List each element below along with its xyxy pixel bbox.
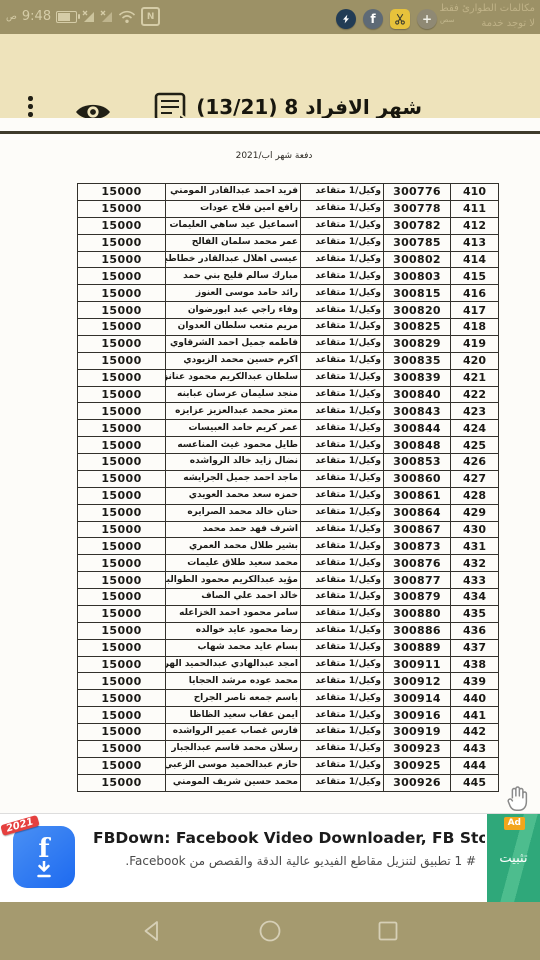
cell-name: عيسى اهلال عبدالقادر خطاطبه: [166, 251, 301, 268]
cell-amount: 15000: [78, 251, 166, 268]
cell-id: 300912: [384, 673, 451, 690]
cell-serial: 444: [451, 757, 499, 774]
cell-id: 300860: [384, 470, 451, 487]
carrier-line-2: لا توجد خدمة: [439, 16, 535, 31]
cell-amount: 15000: [78, 217, 166, 234]
cell-id: 300873: [384, 538, 451, 555]
back-button[interactable]: [140, 919, 164, 943]
cell-amount: 15000: [78, 437, 166, 454]
table-row: 15000طايل محمود غيث المناعسهوكيل/1 متقاع…: [78, 437, 499, 454]
cell-id: 300916: [384, 707, 451, 724]
cell-name: رضا محمود عايد خوالده: [166, 622, 301, 639]
cell-serial: 420: [451, 352, 499, 369]
cell-name: اسماعيل عيد ساهي العليمات: [166, 217, 301, 234]
cell-id: 300782: [384, 217, 451, 234]
cell-rank: وكيل/1 متقاعد: [301, 622, 384, 639]
cell-id: 300880: [384, 605, 451, 622]
messenger-bubble[interactable]: [336, 9, 356, 29]
cell-name: مريم متعب سلطان العدوان: [166, 319, 301, 336]
cell-id: 300923: [384, 740, 451, 757]
screenshot-tool-bubble[interactable]: [390, 9, 410, 29]
table-row: 15000محمد سعيد طلاق عليماتوكيل/1 متقاعد3…: [78, 555, 499, 572]
cell-amount: 15000: [78, 285, 166, 302]
table-row: 15000ماجد احمد جميل الجرايشهوكيل/1 متقاع…: [78, 470, 499, 487]
nfc-icon: N: [141, 7, 160, 26]
cell-amount: 15000: [78, 521, 166, 538]
cell-rank: وكيل/1 متقاعد: [301, 352, 384, 369]
table-row: 15000رضا محمود عايد خوالدهوكيل/1 متقاعد3…: [78, 622, 499, 639]
cell-name: منجد سليمان عرسان عبابنه: [166, 386, 301, 403]
cell-serial: 425: [451, 437, 499, 454]
cell-amount: 15000: [78, 454, 166, 471]
cell-rank: وكيل/1 متقاعد: [301, 200, 384, 217]
page-separator: [0, 131, 540, 134]
table-row: 15000خالد احمد علي الصافوكيل/1 متقاعد300…: [78, 589, 499, 606]
cell-amount: 15000: [78, 403, 166, 420]
cell-serial: 422: [451, 386, 499, 403]
cell-serial: 437: [451, 639, 499, 656]
cell-rank: وكيل/1 متقاعد: [301, 572, 384, 589]
table-row: 15000عيسى اهلال عبدالقادر خطاطبهوكيل/1 م…: [78, 251, 499, 268]
cell-rank: وكيل/1 متقاعد: [301, 504, 384, 521]
cell-name: ايمن عقاب سعيد الظاظا: [166, 707, 301, 724]
table-row: 15000رائد حامد موسى العنوزوكيل/1 متقاعد3…: [78, 285, 499, 302]
cell-rank: وكيل/1 متقاعد: [301, 184, 384, 201]
home-button[interactable]: [258, 919, 282, 943]
page-header-text: دفعة شهر اب/2021: [4, 151, 540, 161]
cell-rank: وكيل/1 متقاعد: [301, 251, 384, 268]
cell-serial: 442: [451, 724, 499, 741]
cell-rank: وكيل/1 متقاعد: [301, 690, 384, 707]
cell-rank: وكيل/1 متقاعد: [301, 386, 384, 403]
cell-rank: وكيل/1 متقاعد: [301, 538, 384, 555]
cell-id: 300840: [384, 386, 451, 403]
cell-name: مؤيد عبدالكريم محمود الطوالبه: [166, 572, 301, 589]
cell-amount: 15000: [78, 724, 166, 741]
ad-banner[interactable]: 2021 f FBDown: Facebook Video Downloader…: [0, 813, 540, 905]
cell-name: باسم جمعه ناصر الجراح: [166, 690, 301, 707]
cell-rank: وكيل/1 متقاعد: [301, 656, 384, 673]
status-bar: ص 9:48 N f: [0, 0, 540, 34]
table-row: 15000بسام عايد محمد شهابوكيل/1 متقاعد300…: [78, 639, 499, 656]
cell-serial: 419: [451, 335, 499, 352]
cell-amount: 15000: [78, 538, 166, 555]
cell-id: 300889: [384, 639, 451, 656]
table-row: 15000رسلان محمد قاسم عبدالجباروكيل/1 متق…: [78, 740, 499, 757]
phone-screen: ص 9:48 N f: [0, 0, 540, 960]
facebook-f-glyph: f: [38, 837, 49, 861]
cell-serial: 438: [451, 656, 499, 673]
cell-id: 300835: [384, 352, 451, 369]
cell-name: فارس غصاب عمير الرواشده: [166, 724, 301, 741]
cell-amount: 15000: [78, 774, 166, 791]
cell-serial: 421: [451, 369, 499, 386]
pdf-page-view[interactable]: دفعة شهر اب/2021 15000فريد احمد عبدالقاد…: [0, 118, 540, 813]
app-toolbar: (13/21) شهر الافراد 8: [0, 34, 540, 118]
cell-amount: 15000: [78, 673, 166, 690]
cell-serial: 413: [451, 234, 499, 251]
ad-badge: Ad: [504, 817, 525, 830]
table-row: 15000حمزه سعد محمد العويديوكيل/1 متقاعد3…: [78, 487, 499, 504]
cell-name: فريد احمد عبدالقادر المومني: [166, 184, 301, 201]
cell-name: عمر محمد سلمان الفالح: [166, 234, 301, 251]
cell-name: سلطان عبدالكريم محمود عنانزه: [166, 369, 301, 386]
cell-id: 300848: [384, 437, 451, 454]
carrier-status: مكالمات الطوارئ فقط لا توجد خدمة: [439, 1, 535, 31]
cell-amount: 15000: [78, 184, 166, 201]
cell-serial: 423: [451, 403, 499, 420]
cell-name: ماجد احمد جميل الجرايشه: [166, 470, 301, 487]
cell-amount: 15000: [78, 352, 166, 369]
cell-rank: وكيل/1 متقاعد: [301, 335, 384, 352]
cell-name: اشرف فهد حمد محمد: [166, 521, 301, 538]
cell-name: محمد حسين شريف المومني: [166, 774, 301, 791]
cell-amount: 15000: [78, 234, 166, 251]
cell-rank: وكيل/1 متقاعد: [301, 724, 384, 741]
cell-id: 300914: [384, 690, 451, 707]
scissors-icon: [393, 12, 407, 26]
cell-serial: 428: [451, 487, 499, 504]
cell-name: حمزه سعد محمد العويدي: [166, 487, 301, 504]
cell-amount: 15000: [78, 707, 166, 724]
table-row: 15000وفاء راجي عبد ابورضوانوكيل/1 متقاعد…: [78, 302, 499, 319]
cell-serial: 411: [451, 200, 499, 217]
cell-amount: 15000: [78, 757, 166, 774]
fbdown-app-icon[interactable]: f: [13, 826, 75, 888]
overflow-menu-icon[interactable]: [28, 96, 33, 117]
cell-id: 300926: [384, 774, 451, 791]
table-row: 15000ايمن عقاب سعيد الظاظاوكيل/1 متقاعد3…: [78, 707, 499, 724]
cell-serial: 418: [451, 319, 499, 336]
cell-id: 300864: [384, 504, 451, 521]
status-left-group: ص 9:48 N: [6, 7, 160, 26]
table-row: 15000عمر كريم حامد العبيساتوكيل/1 متقاعد…: [78, 420, 499, 437]
cell-rank: وكيل/1 متقاعد: [301, 605, 384, 622]
table-row: 15000محمد حسين شريف المومنيوكيل/1 متقاعد…: [78, 774, 499, 791]
cell-amount: 15000: [78, 656, 166, 673]
table-row: 15000حازم عبدالحميد موسى الزعبيوكيل/1 مت…: [78, 757, 499, 774]
cell-rank: وكيل/1 متقاعد: [301, 555, 384, 572]
cell-amount: 15000: [78, 639, 166, 656]
table-row: 15000فاطمه جميل احمد الشرقاويوكيل/1 متقا…: [78, 335, 499, 352]
cell-serial: 414: [451, 251, 499, 268]
payroll-table: 15000فريد احمد عبدالقادر المومنيوكيل/1 م…: [77, 183, 499, 792]
table-row: 15000اشرف فهد حمد محمدوكيل/1 متقاعد30086…: [78, 521, 499, 538]
cell-rank: وكيل/1 متقاعد: [301, 319, 384, 336]
cell-name: رسلان محمد قاسم عبدالجبار: [166, 740, 301, 757]
cell-id: 300843: [384, 403, 451, 420]
navigation-bar: [0, 902, 540, 960]
cell-serial: 417: [451, 302, 499, 319]
cell-amount: 15000: [78, 268, 166, 285]
cell-serial: 430: [451, 521, 499, 538]
cell-rank: وكيل/1 متقاعد: [301, 302, 384, 319]
cell-id: 300879: [384, 589, 451, 606]
cell-serial: 439: [451, 673, 499, 690]
cell-rank: وكيل/1 متقاعد: [301, 454, 384, 471]
cell-rank: وكيل/1 متقاعد: [301, 420, 384, 437]
cell-id: 300925: [384, 757, 451, 774]
table-row: 15000باسم جمعه ناصر الجراحوكيل/1 متقاعد3…: [78, 690, 499, 707]
table-row: 15000نضال زايد خالد الرواشدهوكيل/1 متقاع…: [78, 454, 499, 471]
cell-id: 300803: [384, 268, 451, 285]
cell-serial: 432: [451, 555, 499, 572]
cell-rank: وكيل/1 متقاعد: [301, 403, 384, 420]
cell-name: امجد عبدالهادي عبدالحميد الهروط: [166, 656, 301, 673]
cell-id: 300825: [384, 319, 451, 336]
cell-serial: 443: [451, 740, 499, 757]
cell-name: نضال زايد خالد الرواشده: [166, 454, 301, 471]
cell-id: 300886: [384, 622, 451, 639]
table-row: 15000محمد عوده مرشد الحجاياوكيل/1 متقاعد…: [78, 673, 499, 690]
table-row: 15000رافع امين فلاح عوداتوكيل/1 متقاعد30…: [78, 200, 499, 217]
battery-icon: [56, 11, 77, 23]
cell-serial: 410: [451, 184, 499, 201]
wifi-icon: [118, 10, 136, 24]
cell-id: 300776: [384, 184, 451, 201]
cell-rank: وكيل/1 متقاعد: [301, 639, 384, 656]
cell-rank: وكيل/1 متقاعد: [301, 470, 384, 487]
overlay-bubble[interactable]: +: [417, 9, 437, 29]
cell-rank: وكيل/1 متقاعد: [301, 234, 384, 251]
cell-rank: وكيل/1 متقاعد: [301, 673, 384, 690]
facebook-bubble[interactable]: f: [363, 9, 383, 29]
cell-amount: 15000: [78, 319, 166, 336]
table-row: 15000فارس غصاب عمير الرواشدهوكيل/1 متقاع…: [78, 724, 499, 741]
cell-name: وفاء راجي عبد ابورضوان: [166, 302, 301, 319]
cell-name: حازم عبدالحميد موسى الزعبي: [166, 757, 301, 774]
cell-serial: 440: [451, 690, 499, 707]
cell-rank: وكيل/1 متقاعد: [301, 707, 384, 724]
cell-serial: 424: [451, 420, 499, 437]
cell-amount: 15000: [78, 740, 166, 757]
table-row: 15000فريد احمد عبدالقادر المومنيوكيل/1 م…: [78, 184, 499, 201]
table-row: 15000اكرم حسين محمد الزيوديوكيل/1 متقاعد…: [78, 352, 499, 369]
cell-id: 300877: [384, 572, 451, 589]
recents-button[interactable]: [376, 919, 400, 943]
table-row: 15000اسماعيل عيد ساهي العليماتوكيل/1 متق…: [78, 217, 499, 234]
cell-rank: وكيل/1 متقاعد: [301, 740, 384, 757]
cell-name: حنان خالد محمد الصرايره: [166, 504, 301, 521]
cell-amount: 15000: [78, 302, 166, 319]
page-title: (13/21) شهر الافراد 8: [196, 95, 422, 119]
cell-amount: 15000: [78, 589, 166, 606]
cell-serial: 412: [451, 217, 499, 234]
table-row: 15000مؤيد عبدالكريم محمود الطوالبهوكيل/1…: [78, 572, 499, 589]
cell-serial: 431: [451, 538, 499, 555]
table-row: 15000بشير طلال محمد العمريوكيل/1 متقاعد3…: [78, 538, 499, 555]
cell-amount: 15000: [78, 690, 166, 707]
cell-name: خالد احمد علي الصاف: [166, 589, 301, 606]
cell-name: رائد حامد موسى العنوز: [166, 285, 301, 302]
table-row: 15000سامر محمود احمد الخزاعلهوكيل/1 متقا…: [78, 605, 499, 622]
cell-name: بشير طلال محمد العمري: [166, 538, 301, 555]
cell-id: 300829: [384, 335, 451, 352]
cell-name: محمد سعيد طلاق عليمات: [166, 555, 301, 572]
cell-amount: 15000: [78, 622, 166, 639]
cell-id: 300802: [384, 251, 451, 268]
cell-name: محمد عوده مرشد الحجايا: [166, 673, 301, 690]
cell-id: 300815: [384, 285, 451, 302]
cell-serial: 416: [451, 285, 499, 302]
cell-amount: 15000: [78, 487, 166, 504]
cell-id: 300853: [384, 454, 451, 471]
cell-amount: 15000: [78, 420, 166, 437]
cell-amount: 15000: [78, 572, 166, 589]
cell-name: سامر محمود احمد الخزاعله: [166, 605, 301, 622]
cell-id: 300785: [384, 234, 451, 251]
cell-serial: 415: [451, 268, 499, 285]
cell-rank: وكيل/1 متقاعد: [301, 774, 384, 791]
cell-name: رافع امين فلاح عودات: [166, 200, 301, 217]
pay-table-body: 15000فريد احمد عبدالقادر المومنيوكيل/1 م…: [78, 184, 499, 792]
sim1-no-signal-icon: [82, 10, 95, 23]
cell-serial: 436: [451, 622, 499, 639]
ad-description: # 1 تطبيق لتنزيل مقاطع الفيديو عالية الد…: [70, 854, 476, 868]
cell-serial: 435: [451, 605, 499, 622]
hand-cursor-icon: [503, 784, 533, 814]
cell-serial: 433: [451, 572, 499, 589]
cell-serial: 441: [451, 707, 499, 724]
table-row: 15000مبارك سالم فليح بني حمدوكيل/1 متقاع…: [78, 268, 499, 285]
cell-amount: 15000: [78, 200, 166, 217]
cell-amount: 15000: [78, 470, 166, 487]
cell-id: 300911: [384, 656, 451, 673]
cell-id: 300778: [384, 200, 451, 217]
chat-head-bubbles: f +: [336, 9, 437, 29]
cell-serial: 426: [451, 454, 499, 471]
time-period: ص: [6, 12, 17, 22]
cell-name: طايل محمود غيث المناعسه: [166, 437, 301, 454]
cell-name: مبارك سالم فليح بني حمد: [166, 268, 301, 285]
cell-serial: 427: [451, 470, 499, 487]
cell-serial: 434: [451, 589, 499, 606]
cell-rank: وكيل/1 متقاعد: [301, 369, 384, 386]
cell-id: 300876: [384, 555, 451, 572]
table-row: 15000مريم متعب سلطان العدوانوكيل/1 متقاع…: [78, 319, 499, 336]
cell-serial: 445: [451, 774, 499, 791]
sim2-no-signal-icon: [100, 10, 113, 23]
cell-id: 300839: [384, 369, 451, 386]
cell-id: 300919: [384, 724, 451, 741]
cell-name: فاطمه جميل احمد الشرقاوي: [166, 335, 301, 352]
cell-amount: 15000: [78, 335, 166, 352]
carrier-line-1: مكالمات الطوارئ فقط: [439, 1, 535, 16]
table-row: 15000معتز محمد عبدالعزيز عزايزهوكيل/1 مت…: [78, 403, 499, 420]
table-row: 15000سلطان عبدالكريم محمود عنانزهوكيل/1 …: [78, 369, 499, 386]
cell-amount: 15000: [78, 386, 166, 403]
cell-rank: وكيل/1 متقاعد: [301, 757, 384, 774]
cell-id: 300867: [384, 521, 451, 538]
cell-id: 300820: [384, 302, 451, 319]
download-arrow-icon: [34, 861, 54, 878]
table-row: 15000حنان خالد محمد الصرايرهوكيل/1 متقاع…: [78, 504, 499, 521]
clock: 9:48: [22, 9, 51, 24]
cell-rank: وكيل/1 متقاعد: [301, 268, 384, 285]
cell-name: اكرم حسين محمد الزيودي: [166, 352, 301, 369]
cell-name: بسام عايد محمد شهاب: [166, 639, 301, 656]
cell-rank: وكيل/1 متقاعد: [301, 521, 384, 538]
cell-name: عمر كريم حامد العبيسات: [166, 420, 301, 437]
table-row: 15000امجد عبدالهادي عبدالحميد الهروطوكيل…: [78, 656, 499, 673]
cell-amount: 15000: [78, 369, 166, 386]
ad-title[interactable]: FBDown: Facebook Video Downloader, FB St…: [93, 829, 485, 847]
table-row: 15000عمر محمد سلمان الفالحوكيل/1 متقاعد3…: [78, 234, 499, 251]
cell-id: 300861: [384, 487, 451, 504]
cell-rank: وكيل/1 متقاعد: [301, 285, 384, 302]
cell-amount: 15000: [78, 605, 166, 622]
table-row: 15000منجد سليمان عرسان عبابنهوكيل/1 متقا…: [78, 386, 499, 403]
cell-rank: وكيل/1 متقاعد: [301, 487, 384, 504]
cell-serial: 429: [451, 504, 499, 521]
cell-amount: 15000: [78, 555, 166, 572]
cell-rank: وكيل/1 متقاعد: [301, 217, 384, 234]
cell-rank: وكيل/1 متقاعد: [301, 437, 384, 454]
cell-amount: 15000: [78, 504, 166, 521]
cell-name: معتز محمد عبدالعزيز عزايزه: [166, 403, 301, 420]
cell-rank: وكيل/1 متقاعد: [301, 589, 384, 606]
cell-id: 300844: [384, 420, 451, 437]
